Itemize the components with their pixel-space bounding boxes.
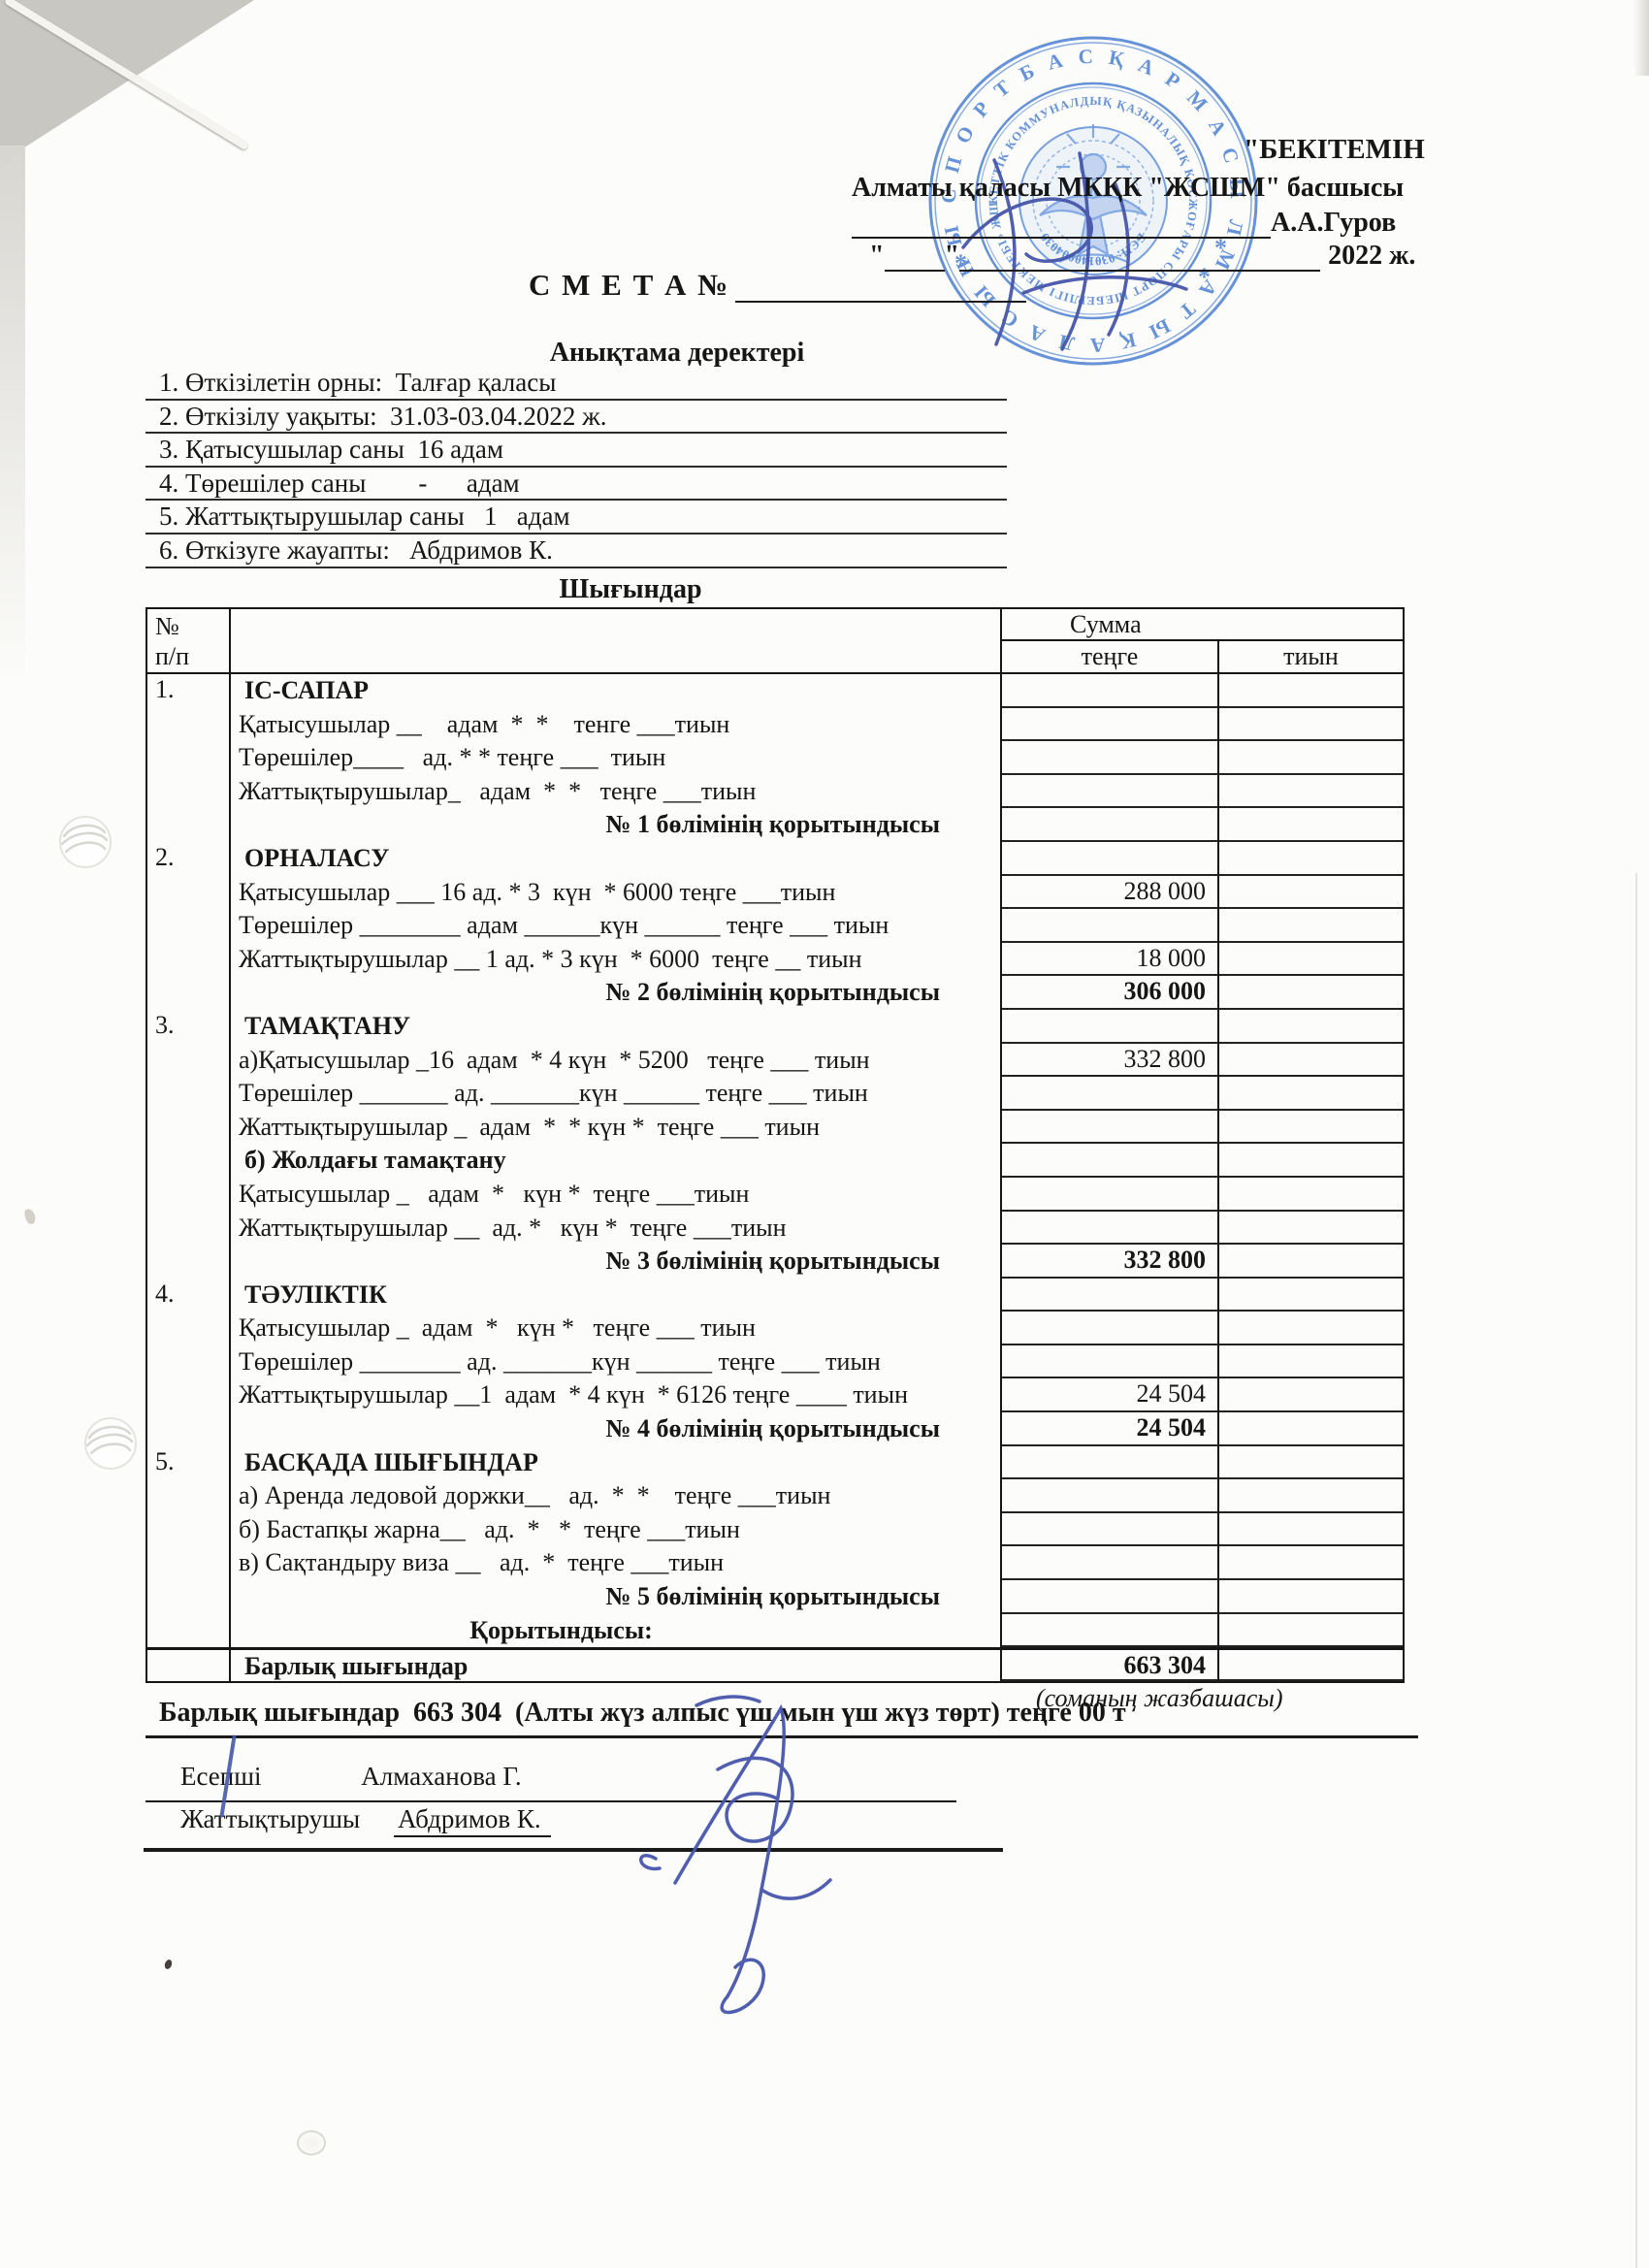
row-amount-tiyn bbox=[1219, 1412, 1403, 1446]
row-amount-tenge bbox=[1002, 1546, 1219, 1580]
row-amount-tenge bbox=[1002, 1312, 1219, 1345]
table-row: № 5 бөлімінің қорытындысы bbox=[147, 1580, 1403, 1614]
table-row: Жаттықтырушылар __ 1 ад. * 3 күн * 6000 … bbox=[147, 943, 1403, 977]
page-left-edge-shadow bbox=[0, 146, 25, 689]
reference-heading: Анықтама деректері bbox=[483, 338, 871, 369]
row-amount-tenge: 288 000 bbox=[1002, 876, 1219, 910]
row-section-number bbox=[147, 708, 231, 742]
row-section-number bbox=[147, 1650, 231, 1681]
expenses-table: № п/п Сумма теңге тиын 1.ІС-САПАРҚатысуш… bbox=[145, 607, 1405, 1683]
total-row-tiyn bbox=[1219, 1650, 1403, 1681]
row-amount-tiyn bbox=[1219, 1144, 1403, 1178]
row-section-number bbox=[147, 808, 231, 842]
row-amount-tenge bbox=[1002, 909, 1219, 943]
table-row: № 2 бөлімінің қорытындысы306 000 bbox=[147, 976, 1403, 1010]
accountant-name: Алмаханова Г. bbox=[361, 1762, 521, 1791]
reference-item: 2. Өткізілу уақыты: 31.03-03.04.2022 ж. bbox=[145, 401, 1007, 435]
row-section-number bbox=[147, 775, 231, 809]
row-amount-tiyn bbox=[1219, 1010, 1403, 1044]
row-section-number: 3. bbox=[147, 1010, 231, 1044]
reference-item: 1. Өткізілетін орны: Талғар қаласы bbox=[145, 367, 1007, 401]
document-page: С П О Р Т Б А С Қ А Р М А С Ы А Л М А Т … bbox=[0, 0, 1649, 2268]
row-section-number bbox=[147, 1312, 231, 1345]
table-row: Төрешілер ________ ад. _______күн ______… bbox=[147, 1345, 1403, 1379]
table-row: Төрешілер____ ад. * * теңге ___ тиын bbox=[147, 741, 1403, 775]
row-description: б) Бастапқы жарна__ ад. * * теңге ___тиы… bbox=[231, 1513, 1002, 1547]
approval-signature-row: А.А.Гуров bbox=[852, 206, 1405, 239]
row-description: ТӘУЛІКТІК bbox=[231, 1279, 1002, 1312]
row-section-number: 2. bbox=[147, 842, 231, 876]
table-row: в) Сақтандыру виза __ ад. * теңге ___тиы… bbox=[147, 1546, 1403, 1580]
row-description: Жаттықтырушылар __ 1 ад. * 3 күн * 6000 … bbox=[231, 943, 1002, 977]
table-row: Қатысушылар ___ 16 ад. * 3 күн * 6000 те… bbox=[147, 876, 1403, 910]
row-description: Жаттықтырушылар _ адам * * күн * теңге _… bbox=[231, 1111, 1002, 1145]
row-amount-tiyn bbox=[1219, 1345, 1403, 1379]
reference-item: 3. Қатысушылар саны 16 адам bbox=[145, 434, 1007, 468]
row-section-number bbox=[147, 1580, 231, 1614]
row-amount-tiyn bbox=[1219, 674, 1403, 708]
table-row: Қорытындысы: bbox=[147, 1614, 1403, 1648]
row-section-number bbox=[147, 1044, 231, 1078]
column-header-tiyn: тиын bbox=[1219, 641, 1403, 672]
row-amount-tiyn bbox=[1219, 1279, 1403, 1312]
document-title: С М Е Т А № bbox=[529, 268, 729, 303]
table-row: № 1 бөлімінің қорытындысы bbox=[147, 808, 1403, 842]
row-amount-tenge bbox=[1002, 1614, 1219, 1648]
table-row: 4.ТӘУЛІКТІК bbox=[147, 1279, 1403, 1312]
row-amount-tiyn bbox=[1219, 1513, 1403, 1547]
column-header-sum: Сумма bbox=[1002, 609, 1403, 641]
row-description: Қатысушылар __ адам * * тенге ___тиын bbox=[231, 708, 1002, 742]
accountant-label: Есепші bbox=[180, 1762, 262, 1791]
row-amount-tiyn bbox=[1219, 1111, 1403, 1145]
table-row: Төрешілер ________ адам ______күн ______… bbox=[147, 909, 1403, 943]
row-section-number bbox=[147, 976, 231, 1010]
table-row: Төрешілер _______ ад. _______күн ______ … bbox=[147, 1077, 1403, 1111]
row-amount-tiyn bbox=[1219, 943, 1403, 977]
signature-line bbox=[852, 206, 1271, 239]
row-amount-tenge bbox=[1002, 1479, 1219, 1513]
table-row: 1.ІС-САПАР bbox=[147, 674, 1403, 708]
row-section-number: 5. bbox=[147, 1446, 231, 1480]
row-description: № 4 бөлімінің қорытындысы bbox=[231, 1412, 1002, 1446]
table-row: Жаттықтырушылар __1 адам * 4 күн * 6126 … bbox=[147, 1378, 1403, 1412]
row-amount-tiyn bbox=[1219, 1546, 1403, 1580]
reference-items: 1. Өткізілетін орны: Талғар қаласы2. Өтк… bbox=[145, 367, 1007, 568]
row-section-number bbox=[147, 876, 231, 910]
row-section-number bbox=[147, 1178, 231, 1212]
row-amount-tiyn bbox=[1219, 775, 1403, 809]
emboss-swirl-mark bbox=[54, 813, 116, 871]
column-header-description bbox=[231, 609, 1002, 672]
table-row: Жаттықтырушылар_ адам * * теңге ___тиын bbox=[147, 775, 1403, 809]
row-amount-tenge bbox=[1002, 808, 1219, 842]
row-description: Төрешілер _______ ад. _______күн ______ … bbox=[231, 1077, 1002, 1111]
row-description: Жаттықтырушылар __ ад. * күн * теңге ___… bbox=[231, 1212, 1002, 1246]
column-header-tenge: теңге bbox=[1002, 641, 1219, 672]
row-amount-tenge: 306 000 bbox=[1002, 976, 1219, 1010]
approval-org-line: Алматы қаласы МКҚК "ЖСШМ" басшысы bbox=[852, 173, 1404, 204]
row-section-number bbox=[147, 1546, 231, 1580]
scan-smudge bbox=[297, 2130, 326, 2155]
column-header-number: № п/п bbox=[147, 609, 231, 672]
row-amount-tenge: 332 800 bbox=[1002, 1245, 1219, 1279]
page-corner-fold bbox=[0, 0, 262, 228]
row-amount-tenge bbox=[1002, 674, 1219, 708]
row-section-number bbox=[147, 909, 231, 943]
table-body: 1.ІС-САПАРҚатысушылар __ адам * * тенге … bbox=[147, 674, 1403, 1681]
reference-item: 6. Өткізуге жауапты: Абдримов К. bbox=[145, 535, 1007, 568]
table-row: б) Жолдағы тамақтану bbox=[147, 1144, 1403, 1178]
table-row: 3.ТАМАҚТАНУ bbox=[147, 1010, 1403, 1044]
row-amount-tiyn bbox=[1219, 1479, 1403, 1513]
row-description: № 2 бөлімінің қорытындысы bbox=[231, 976, 1002, 1010]
row-amount-tenge: 24 504 bbox=[1002, 1378, 1219, 1412]
row-amount-tiyn bbox=[1219, 1614, 1403, 1648]
row-amount-tenge bbox=[1002, 1513, 1219, 1547]
row-section-number bbox=[147, 741, 231, 775]
row-section-number bbox=[147, 1412, 231, 1446]
row-description: № 5 бөлімінің қорытындысы bbox=[231, 1580, 1002, 1614]
row-amount-tenge bbox=[1002, 775, 1219, 809]
row-section-number: 1. bbox=[147, 674, 231, 708]
row-section-number bbox=[147, 1212, 231, 1246]
number-sign: № bbox=[155, 611, 229, 641]
row-amount-tenge: 18 000 bbox=[1002, 943, 1219, 977]
column-header-sum-group: Сумма теңге тиын bbox=[1002, 609, 1403, 672]
row-amount-tenge bbox=[1002, 1212, 1219, 1246]
row-section-number bbox=[147, 1345, 231, 1379]
total-row-tenge: 663 304 bbox=[1002, 1650, 1219, 1681]
row-amount-tenge bbox=[1002, 1178, 1219, 1212]
trainer-label: Жаттықтырушы bbox=[180, 1804, 360, 1833]
row-amount-tiyn bbox=[1219, 909, 1403, 943]
row-description: БАСҚАДА ШЫҒЫНДАР bbox=[231, 1446, 1002, 1480]
reference-item: 4. Төрешілер саны - адам bbox=[145, 468, 1007, 502]
table-row: а) Аренда ледовой доржки__ ад. * * теңге… bbox=[147, 1479, 1403, 1513]
table-row: Қатысушылар _ адам * күн * теңге ___ тиы… bbox=[147, 1312, 1403, 1345]
table-row: а)Қатысушылар _16 адам * 4 күн * 5200 те… bbox=[147, 1044, 1403, 1078]
row-section-number bbox=[147, 1077, 231, 1111]
table-row: Жаттықтырушылар __ ад. * күн * теңге ___… bbox=[147, 1212, 1403, 1246]
row-amount-tiyn bbox=[1219, 741, 1403, 775]
table-row: б) Бастапқы жарна__ ад. * * теңге ___тиы… bbox=[147, 1513, 1403, 1547]
row-description: в) Сақтандыру виза __ ад. * теңге ___тиы… bbox=[231, 1546, 1002, 1580]
row-description: ОРНАЛАСУ bbox=[231, 842, 1002, 876]
table-row: № 3 бөлімінің қорытындысы332 800 bbox=[147, 1245, 1403, 1279]
row-section-number bbox=[147, 1378, 231, 1412]
row-amount-tenge bbox=[1002, 842, 1219, 876]
row-description: Жаттықтырушылар_ адам * * теңге ___тиын bbox=[231, 775, 1002, 809]
trainer-signature-ink bbox=[580, 1674, 900, 2033]
table-row: Жаттықтырушылар _ адам * * күн * теңге _… bbox=[147, 1111, 1403, 1145]
document-title-row: С М Е Т А № bbox=[529, 268, 1026, 303]
row-amount-tiyn bbox=[1219, 876, 1403, 910]
row-amount-tiyn bbox=[1219, 842, 1403, 876]
year-label: 2022 ж. bbox=[1328, 241, 1415, 272]
row-amount-tiyn bbox=[1219, 708, 1403, 742]
row-amount-tiyn bbox=[1219, 808, 1403, 842]
row-amount-tiyn bbox=[1219, 1446, 1403, 1480]
row-section-number bbox=[147, 1479, 231, 1513]
row-description: Қатысушылар _ адам * күн * теңге ___ тиы… bbox=[231, 1312, 1002, 1345]
row-amount-tenge: 24 504 bbox=[1002, 1412, 1219, 1446]
table-header: № п/п Сумма теңге тиын bbox=[147, 609, 1403, 674]
row-amount-tiyn bbox=[1219, 1580, 1403, 1614]
row-section-number bbox=[147, 1513, 231, 1547]
row-amount-tenge bbox=[1002, 1010, 1219, 1044]
page-right-fold-line bbox=[1635, 873, 1637, 2268]
table-row: Қатысушылар _ адам * күн * теңге ___тиын bbox=[147, 1178, 1403, 1212]
row-amount-tenge bbox=[1002, 708, 1219, 742]
row-description: б) Жолдағы тамақтану bbox=[231, 1144, 1002, 1178]
row-description: Қорытындысы: bbox=[231, 1614, 1002, 1648]
row-section-number bbox=[147, 1245, 231, 1279]
page-topright-edge bbox=[1633, 0, 1649, 76]
table-row: № 4 бөлімінің қорытындысы24 504 bbox=[147, 1412, 1403, 1446]
scan-mark bbox=[23, 1208, 37, 1225]
row-description: а)Қатысушылар _16 адам * 4 күн * 5200 те… bbox=[231, 1044, 1002, 1078]
row-amount-tiyn bbox=[1219, 1378, 1403, 1412]
expenses-heading: Шығындар bbox=[427, 574, 834, 605]
row-amount-tenge bbox=[1002, 1144, 1219, 1178]
row-amount-tiyn bbox=[1219, 1245, 1403, 1279]
row-section-number: 4. bbox=[147, 1279, 231, 1312]
approver-name: А.А.Гуров bbox=[1271, 208, 1396, 239]
reference-item: 5. Жаттықтырушылар саны 1 адам bbox=[145, 501, 1007, 535]
row-amount-tenge bbox=[1002, 1446, 1219, 1480]
row-section-number bbox=[147, 1614, 231, 1648]
emboss-swirl-mark bbox=[80, 1414, 142, 1473]
row-description: ТАМАҚТАНУ bbox=[231, 1010, 1002, 1044]
row-description: № 1 бөлімінің қорытындысы bbox=[231, 808, 1002, 842]
row-description: № 3 бөлімінің қорытындысы bbox=[231, 1245, 1002, 1279]
row-section-number bbox=[147, 1111, 231, 1145]
approval-heading: "БЕКІТЕМІН bbox=[1244, 134, 1425, 166]
ink-speck bbox=[164, 1959, 174, 1970]
row-amount-tenge bbox=[1002, 1077, 1219, 1111]
row-amount-tenge bbox=[1002, 1580, 1219, 1614]
row-amount-tenge: 332 800 bbox=[1002, 1044, 1219, 1078]
row-section-number bbox=[147, 943, 231, 977]
row-amount-tenge bbox=[1002, 1279, 1219, 1312]
trainer-name: Абдримов К. bbox=[394, 1804, 551, 1837]
table-row: 5.БАСҚАДА ШЫҒЫНДАР bbox=[147, 1446, 1403, 1480]
row-amount-tiyn bbox=[1219, 1077, 1403, 1111]
row-amount-tiyn bbox=[1219, 1212, 1403, 1246]
row-description: Төрешілер____ ад. * * теңге ___ тиын bbox=[231, 741, 1002, 775]
row-amount-tenge bbox=[1002, 1345, 1219, 1379]
row-amount-tenge bbox=[1002, 741, 1219, 775]
row-description: а) Аренда ледовой доржки__ ад. * * теңге… bbox=[231, 1479, 1002, 1513]
row-description: Төрешілер ________ адам ______күн ______… bbox=[231, 909, 1002, 943]
estimate-number-line bbox=[735, 268, 1026, 303]
row-amount-tiyn bbox=[1219, 976, 1403, 1010]
row-description: Төрешілер ________ ад. _______күн ______… bbox=[231, 1345, 1002, 1379]
table-row: 2.ОРНАЛАСУ bbox=[147, 842, 1403, 876]
number-sub: п/п bbox=[155, 641, 229, 671]
table-row: Қатысушылар __ адам * * тенге ___тиын bbox=[147, 708, 1403, 742]
row-amount-tiyn bbox=[1219, 1312, 1403, 1345]
row-description: Жаттықтырушылар __1 адам * 4 күн * 6126 … bbox=[231, 1378, 1002, 1412]
row-description: ІС-САПАР bbox=[231, 674, 1002, 708]
row-amount-tenge bbox=[1002, 1111, 1219, 1145]
row-section-number bbox=[147, 1144, 231, 1178]
row-amount-tiyn bbox=[1219, 1044, 1403, 1078]
row-description: Қатысушылар _ адам * күн * теңге ___тиын bbox=[231, 1178, 1002, 1212]
row-amount-tiyn bbox=[1219, 1178, 1403, 1212]
row-description: Қатысушылар ___ 16 ад. * 3 күн * 6000 те… bbox=[231, 876, 1002, 910]
